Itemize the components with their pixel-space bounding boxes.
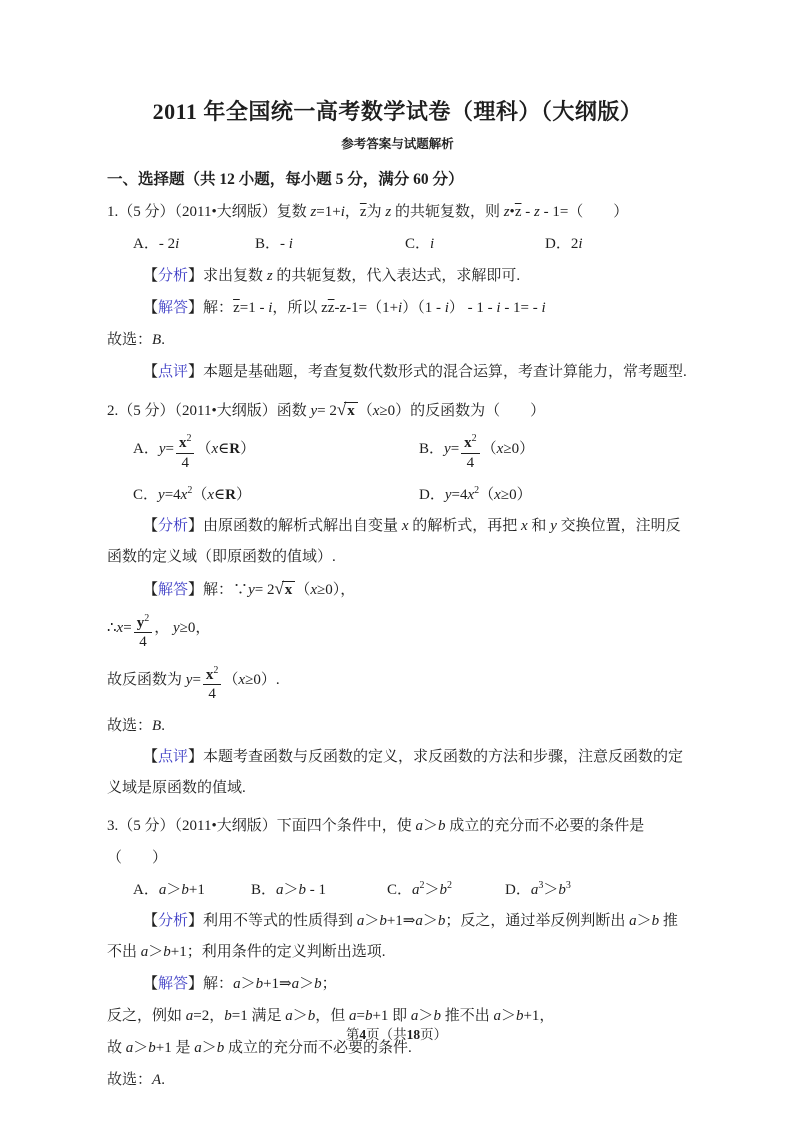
q3-options: A．a＞b+1B．a＞b - 1C．a2＞b2D．a3＞b3	[133, 874, 688, 906]
bracket-close: 】	[188, 518, 203, 534]
q1-option-b: B．- i	[255, 228, 405, 260]
section-heading: 一、选择题（共 12 小题，每小题 5 分，满分 60 分）	[107, 164, 688, 196]
page-title: 2011 年全国统一高考数学试卷（理科）（大纲版）	[107, 96, 688, 128]
q2-stem: 2.（5 分）（2011•大纲版）函数 y= 2√x（x≥0）的反函数为（ ）	[107, 394, 688, 427]
bracket-open: 【	[143, 913, 158, 929]
bracket-close: 】	[188, 268, 203, 284]
bracket-open: 【	[143, 582, 158, 598]
q3-answer-text1: 解：a＞b+1⇒a＞b；	[203, 976, 337, 992]
bracket-open: 【	[143, 300, 158, 316]
q2-choose: 故选：B.	[107, 710, 688, 742]
bracket-open: 【	[143, 749, 158, 765]
q2-answer-line2: ∴x=y24， y≥0，	[107, 606, 688, 658]
q1-analysis-text: 求出复数 z 的共轭复数，代入表达式，求解即可.	[203, 268, 520, 284]
q3-option-c: C．a2＞b2	[387, 874, 505, 906]
analysis-label: 分析	[158, 913, 188, 929]
q2-option-a: A．y=x24（x∈R）	[133, 427, 419, 479]
page-content: 2011 年全国统一高考数学试卷（理科）（大纲版） 参考答案与试题解析 一、选择…	[107, 0, 688, 1096]
q2-option-d: D．y=4x2（x≥0）	[419, 479, 688, 511]
bracket-open: 【	[143, 518, 158, 534]
q3-stem: 3.（5 分）（2011•大纲版）下面四个条件中，使 a＞b 成立的充分而不必要…	[107, 810, 688, 874]
q1-analysis: 【分析】求出复数 z 的共轭复数，代入表达式，求解即可.	[107, 260, 688, 292]
q3-answer-line1: 【解答】解：a＞b+1⇒a＞b；	[107, 968, 688, 1000]
q2-answer-text1: 解：∵y= 2√x（x≥0），	[203, 582, 355, 598]
bracket-open: 【	[143, 364, 158, 380]
page-number-footer: 第4页（共18页）	[0, 1026, 793, 1044]
q1-choose: 故选：B.	[107, 324, 688, 356]
question-1: 1.（5 分）（2011•大纲版）复数 z=1+i，z为 z 的共轭复数，则 z…	[107, 196, 688, 388]
q3-option-b: B．a＞b - 1	[251, 874, 387, 906]
q3-option-a: A．a＞b+1	[133, 874, 251, 906]
q2-option-c: C．y=4x2（x∈R）	[133, 479, 419, 511]
bracket-close: 】	[188, 976, 203, 992]
q1-stem: 1.（5 分）（2011•大纲版）复数 z=1+i，z为 z 的共轭复数，则 z…	[107, 196, 688, 228]
question-2: 2.（5 分）（2011•大纲版）函数 y= 2√x（x≥0）的反函数为（ ） …	[107, 394, 688, 804]
q1-comment-text: 本题是基础题，考查复数代数形式的混合运算，考查计算能力，常考题型.	[203, 364, 687, 380]
q1-answer-text: 解：z=1 - i，所以 zz-z-1=（1+i）（1 - i） - 1 - i…	[203, 300, 546, 316]
bracket-open: 【	[143, 268, 158, 284]
q1-option-a: A．- 2i	[133, 228, 255, 260]
q3-analysis: 【分析】利用不等式的性质得到 a＞b+1⇒a＞b；反之，通过举反例判断出 a＞b…	[107, 906, 688, 968]
q1-option-c: C．i	[405, 228, 545, 260]
comment-label: 点评	[158, 749, 188, 765]
q3-option-d: D．a3＞b3	[505, 874, 571, 906]
q2-answer-line1: 【解答】解：∵y= 2√x（x≥0），	[107, 573, 688, 606]
comment-label: 点评	[158, 364, 188, 380]
page-subtitle: 参考答案与试题解析	[107, 136, 688, 152]
q2-analysis: 【分析】由原函数的解析式解出自变量 x 的解析式，再把 x 和 y 交换位置，注…	[107, 511, 688, 573]
question-3: 3.（5 分）（2011•大纲版）下面四个条件中，使 a＞b 成立的充分而不必要…	[107, 810, 688, 1096]
bracket-close: 】	[188, 300, 203, 316]
bracket-close: 】	[188, 749, 203, 765]
q2-answer-line3: 故反函数为 y=x24（x≥0）.	[107, 658, 688, 710]
bracket-close: 】	[188, 582, 203, 598]
q3-choose: 故选：A.	[107, 1064, 688, 1096]
answer-label: 解答	[158, 582, 188, 598]
answer-label: 解答	[158, 976, 188, 992]
bracket-open: 【	[143, 976, 158, 992]
analysis-label: 分析	[158, 518, 188, 534]
q2-option-b: B．y=x24（x≥0）	[419, 427, 688, 479]
q2-options: A．y=x24（x∈R） B．y=x24（x≥0） C．y=4x2（x∈R） D…	[133, 427, 688, 511]
analysis-label: 分析	[158, 268, 188, 284]
q1-comment: 【点评】本题是基础题，考查复数代数形式的混合运算，考查计算能力，常考题型.	[107, 356, 688, 388]
q2-comment: 【点评】本题考查函数与反函数的定义，求反函数的方法和步骤，注意反函数的定义域是原…	[107, 742, 688, 804]
bracket-close: 】	[188, 913, 203, 929]
exam-answer-page: 2011 年全国统一高考数学试卷（理科）（大纲版） 参考答案与试题解析 一、选择…	[0, 0, 793, 1122]
answer-label: 解答	[158, 300, 188, 316]
q1-option-d: D．2i	[545, 228, 583, 260]
q1-answer: 【解答】解：z=1 - i，所以 zz-z-1=（1+i）（1 - i） - 1…	[107, 292, 688, 324]
q1-options: A．- 2iB．- iC．iD．2i	[133, 228, 688, 260]
bracket-close: 】	[188, 364, 203, 380]
